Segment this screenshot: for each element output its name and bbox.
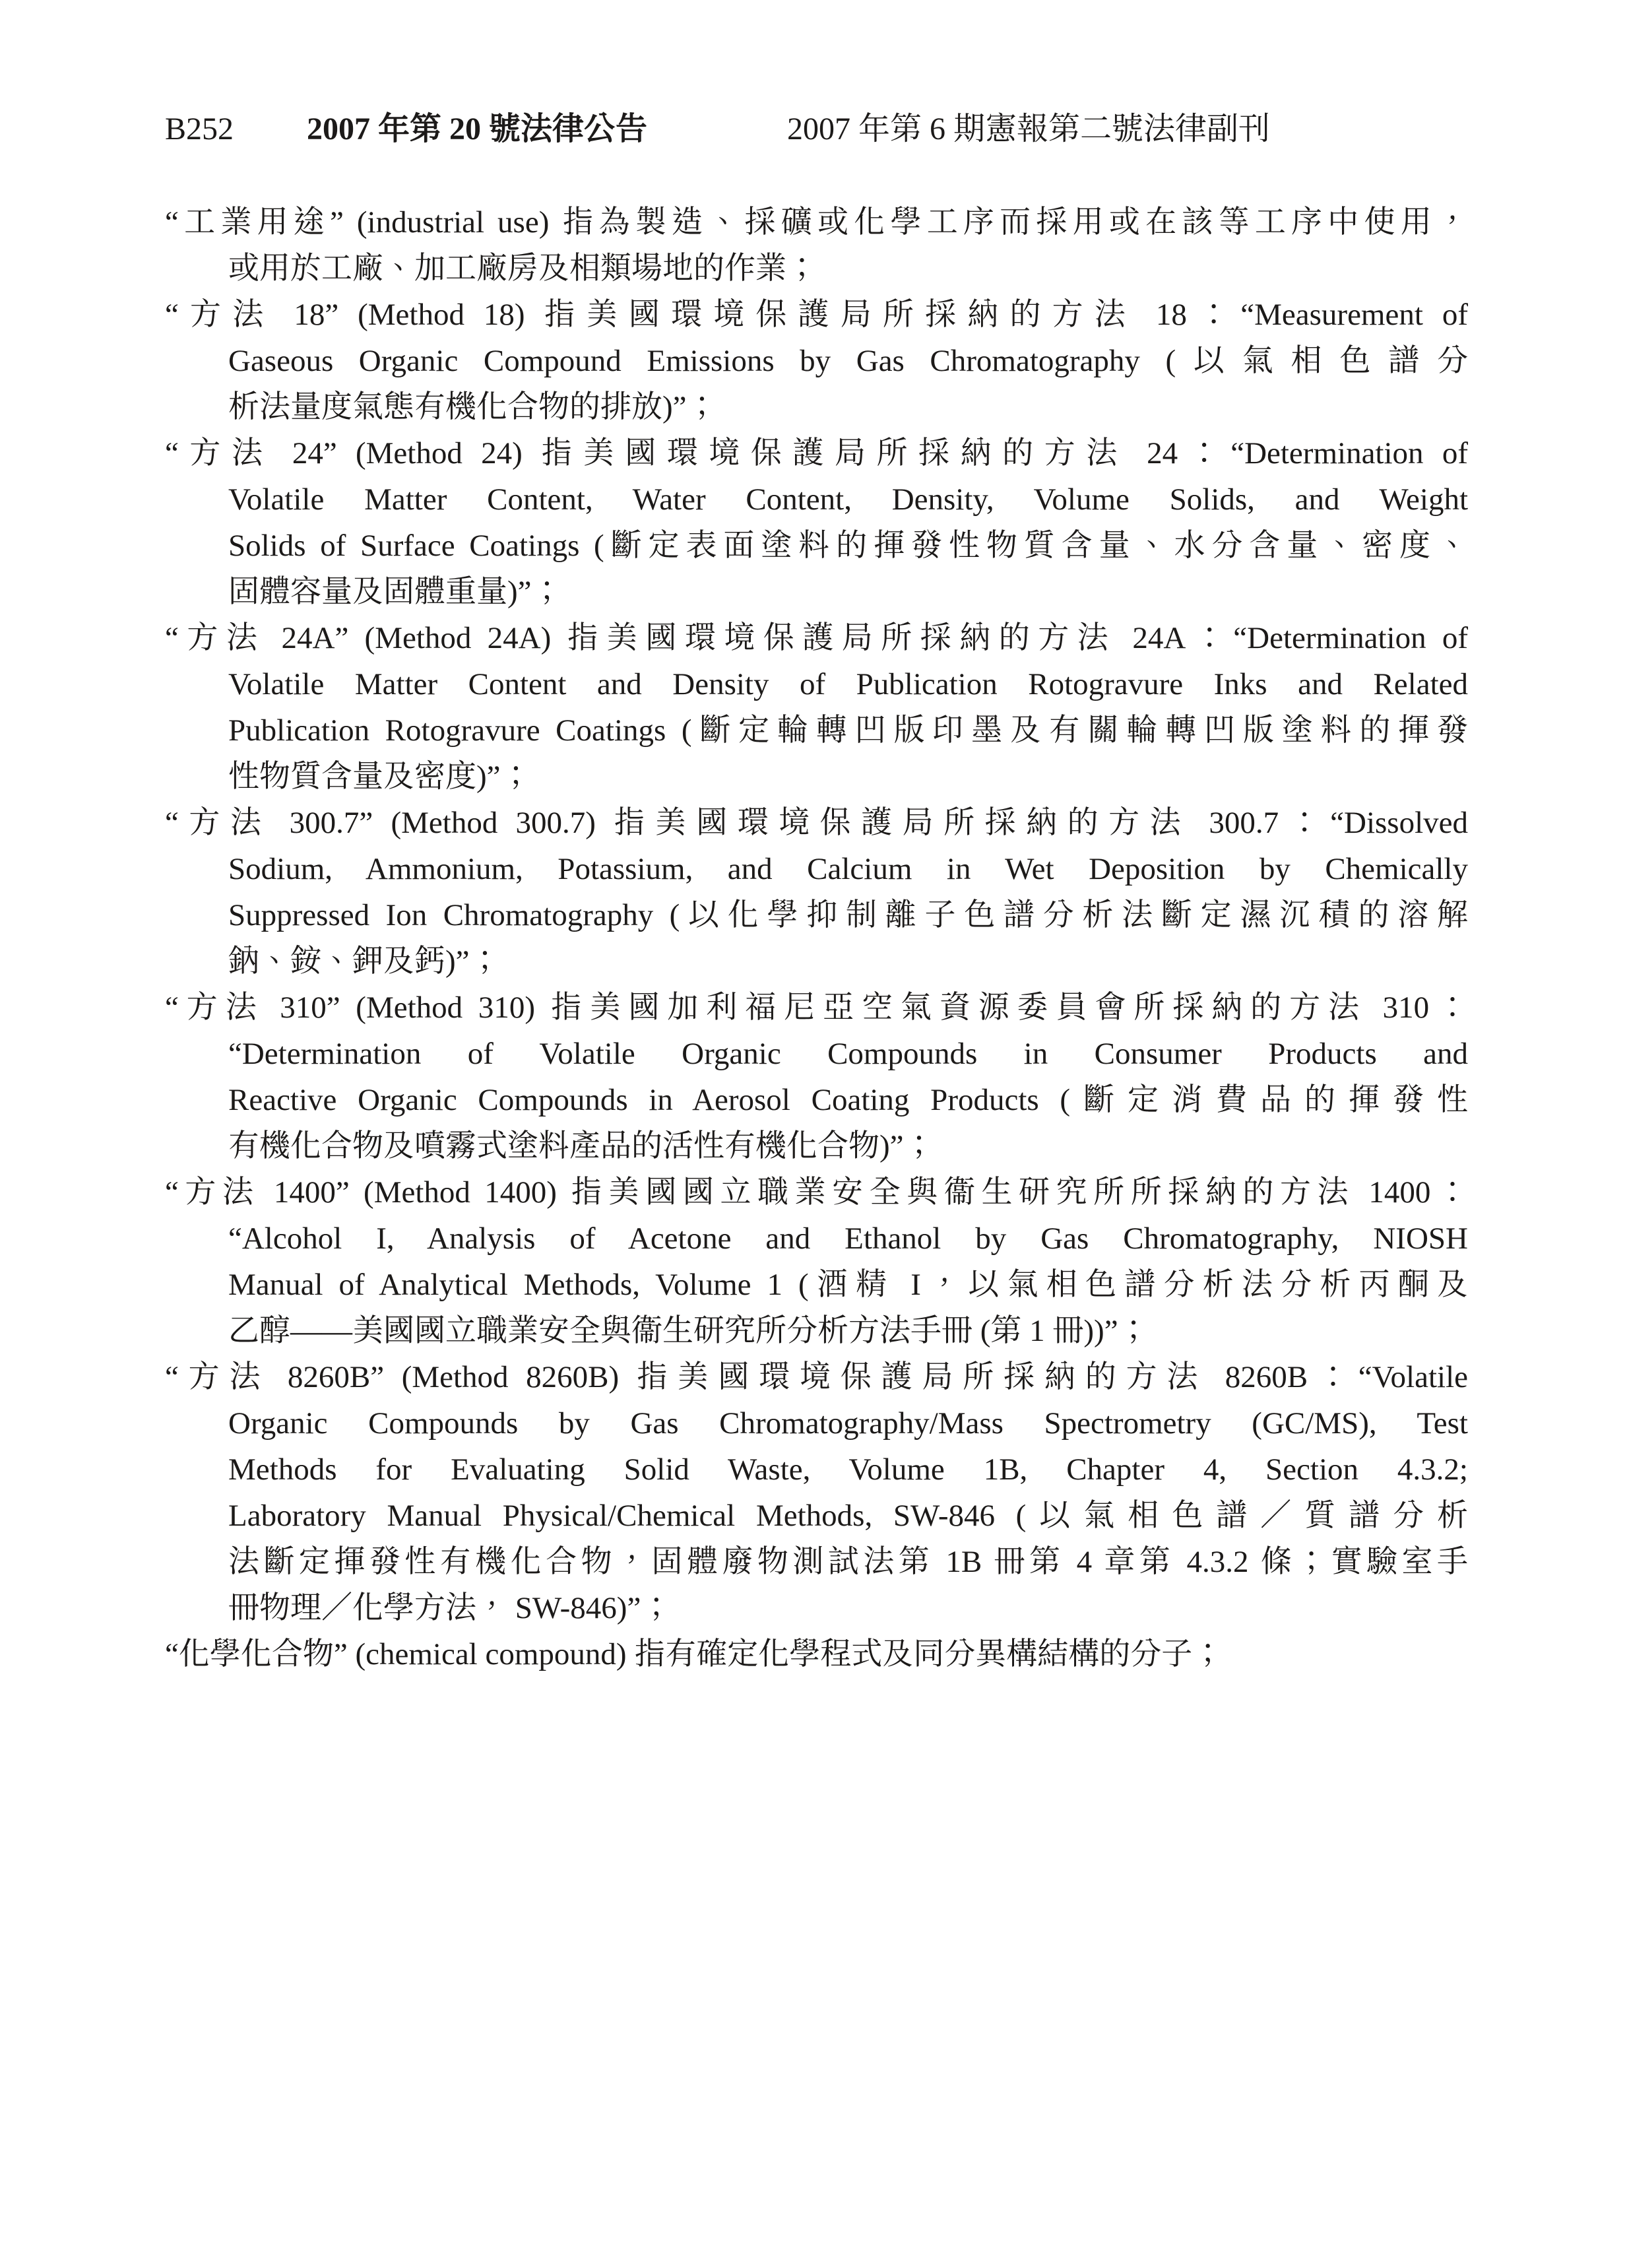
definition-line: 析法量度氣態有機化合物的排放)”； bbox=[228, 384, 1468, 430]
definition-line: Methods for Evaluating Solid Waste, Volu… bbox=[228, 1446, 1468, 1493]
definition-line: Volatile Matter Content, Water Content, … bbox=[228, 476, 1468, 523]
definition-paragraph: “方法 1400” (Method 1400) 指美國國立職業安全與衞生研究所所… bbox=[165, 1169, 1468, 1354]
definition-line: Publication Rotogravure Coatings (斷定輪轉凹版… bbox=[228, 707, 1468, 754]
definition-line: “方法 310” (Method 310) 指美國加利福尼亞空氣資源委員會所採納… bbox=[165, 985, 1468, 1031]
definition-line: “方法 8260B” (Method 8260B) 指美國環境保護局所採納的方法… bbox=[165, 1354, 1468, 1400]
definition-line: “化學化合物” (chemical compound) 指有確定化學程式及同分異… bbox=[165, 1631, 1468, 1677]
definition-line: “工業用途” (industrial use) 指為製造、採礦或化學工序而採用或… bbox=[165, 199, 1468, 245]
definition-line: 性物質含量及密度)”； bbox=[228, 754, 1468, 800]
definition-line: “方法 1400” (Method 1400) 指美國國立職業安全與衞生研究所所… bbox=[165, 1169, 1468, 1215]
definition-line: Solids of Surface Coatings (斷定表面塗料的揮發性物質… bbox=[228, 523, 1468, 569]
definition-line: “方法 18” (Method 18) 指美國環境保護局所採納的方法 18：“M… bbox=[165, 292, 1468, 338]
definition-line: “方法 24” (Method 24) 指美國環境保護局所採納的方法 24：“D… bbox=[165, 430, 1468, 476]
definition-line: Volatile Matter Content and Density of P… bbox=[228, 661, 1468, 707]
definition-paragraph: “方法 24A” (Method 24A) 指美國環境保護局所採納的方法 24A… bbox=[165, 615, 1468, 800]
definition-line: 法斷定揮發性有機化合物，固體廢物測試法第 1B 冊第 4 章第 4.3.2 條；… bbox=[228, 1539, 1468, 1585]
definition-paragraph: “方法 18” (Method 18) 指美國環境保護局所採納的方法 18：“M… bbox=[165, 292, 1468, 430]
definition-line: Suppressed Ion Chromatography (以化學抑制離子色譜… bbox=[228, 892, 1468, 938]
definition-line: 冊物理／化學方法， SW-846)”； bbox=[228, 1585, 1468, 1631]
definition-line: Reactive Organic Compounds in Aerosol Co… bbox=[228, 1077, 1468, 1123]
gazette-title: 2007 年第 20 號法律公告 bbox=[307, 113, 647, 145]
definition-line: 有機化合物及噴霧式塗料產品的活性有機化合物)”； bbox=[228, 1123, 1468, 1169]
definition-line: “Alcohol I, Analysis of Acetone and Etha… bbox=[228, 1215, 1468, 1262]
document-page: B252 2007 年第 20 號法律公告 2007 年第 6 期憲報第二號法律… bbox=[0, 0, 1627, 2268]
definition-line: Organic Compounds by Gas Chromatography/… bbox=[228, 1400, 1468, 1446]
page-header: B252 2007 年第 20 號法律公告 2007 年第 6 期憲報第二號法律… bbox=[0, 113, 1627, 153]
supplement-title: 2007 年第 6 期憲報第二號法律副刊 bbox=[787, 113, 1270, 145]
definition-line: 固體容量及固體重量)”； bbox=[228, 569, 1468, 615]
definition-line: Laboratory Manual Physical/Chemical Meth… bbox=[228, 1493, 1468, 1539]
definition-line: “方法 300.7” (Method 300.7) 指美國環境保護局所採納的方法… bbox=[165, 800, 1468, 846]
definitions: “工業用途” (industrial use) 指為製造、採礦或化學工序而採用或… bbox=[165, 199, 1468, 1677]
definition-line: 乙醇——美國國立職業安全與衞生研究所分析方法手冊 (第 1 冊))”； bbox=[228, 1308, 1468, 1354]
definition-paragraph: “方法 24” (Method 24) 指美國環境保護局所採納的方法 24：“D… bbox=[165, 430, 1468, 615]
page-number: B252 bbox=[165, 113, 234, 145]
definition-line: Manual of Analytical Methods, Volume 1 (… bbox=[228, 1262, 1468, 1308]
definition-paragraph: “方法 8260B” (Method 8260B) 指美國環境保護局所採納的方法… bbox=[165, 1354, 1468, 1631]
definition-line: “Determination of Volatile Organic Compo… bbox=[228, 1031, 1468, 1077]
definition-line: “方法 24A” (Method 24A) 指美國環境保護局所採納的方法 24A… bbox=[165, 615, 1468, 661]
definition-line: Sodium, Ammonium, Potassium, and Calcium… bbox=[228, 846, 1468, 892]
definition-paragraph: “工業用途” (industrial use) 指為製造、採礦或化學工序而採用或… bbox=[165, 199, 1468, 292]
definition-paragraph: “方法 310” (Method 310) 指美國加利福尼亞空氣資源委員會所採納… bbox=[165, 985, 1468, 1169]
definition-line: 或用於工廠、加工廠房及相類場地的作業； bbox=[228, 245, 1468, 292]
definition-line: Gaseous Organic Compound Emissions by Ga… bbox=[228, 338, 1468, 384]
definition-paragraph: “方法 300.7” (Method 300.7) 指美國環境保護局所採納的方法… bbox=[165, 800, 1468, 985]
definition-paragraph: “化學化合物” (chemical compound) 指有確定化學程式及同分異… bbox=[165, 1631, 1468, 1677]
definition-line: 鈉、銨、鉀及鈣)”； bbox=[228, 938, 1468, 985]
